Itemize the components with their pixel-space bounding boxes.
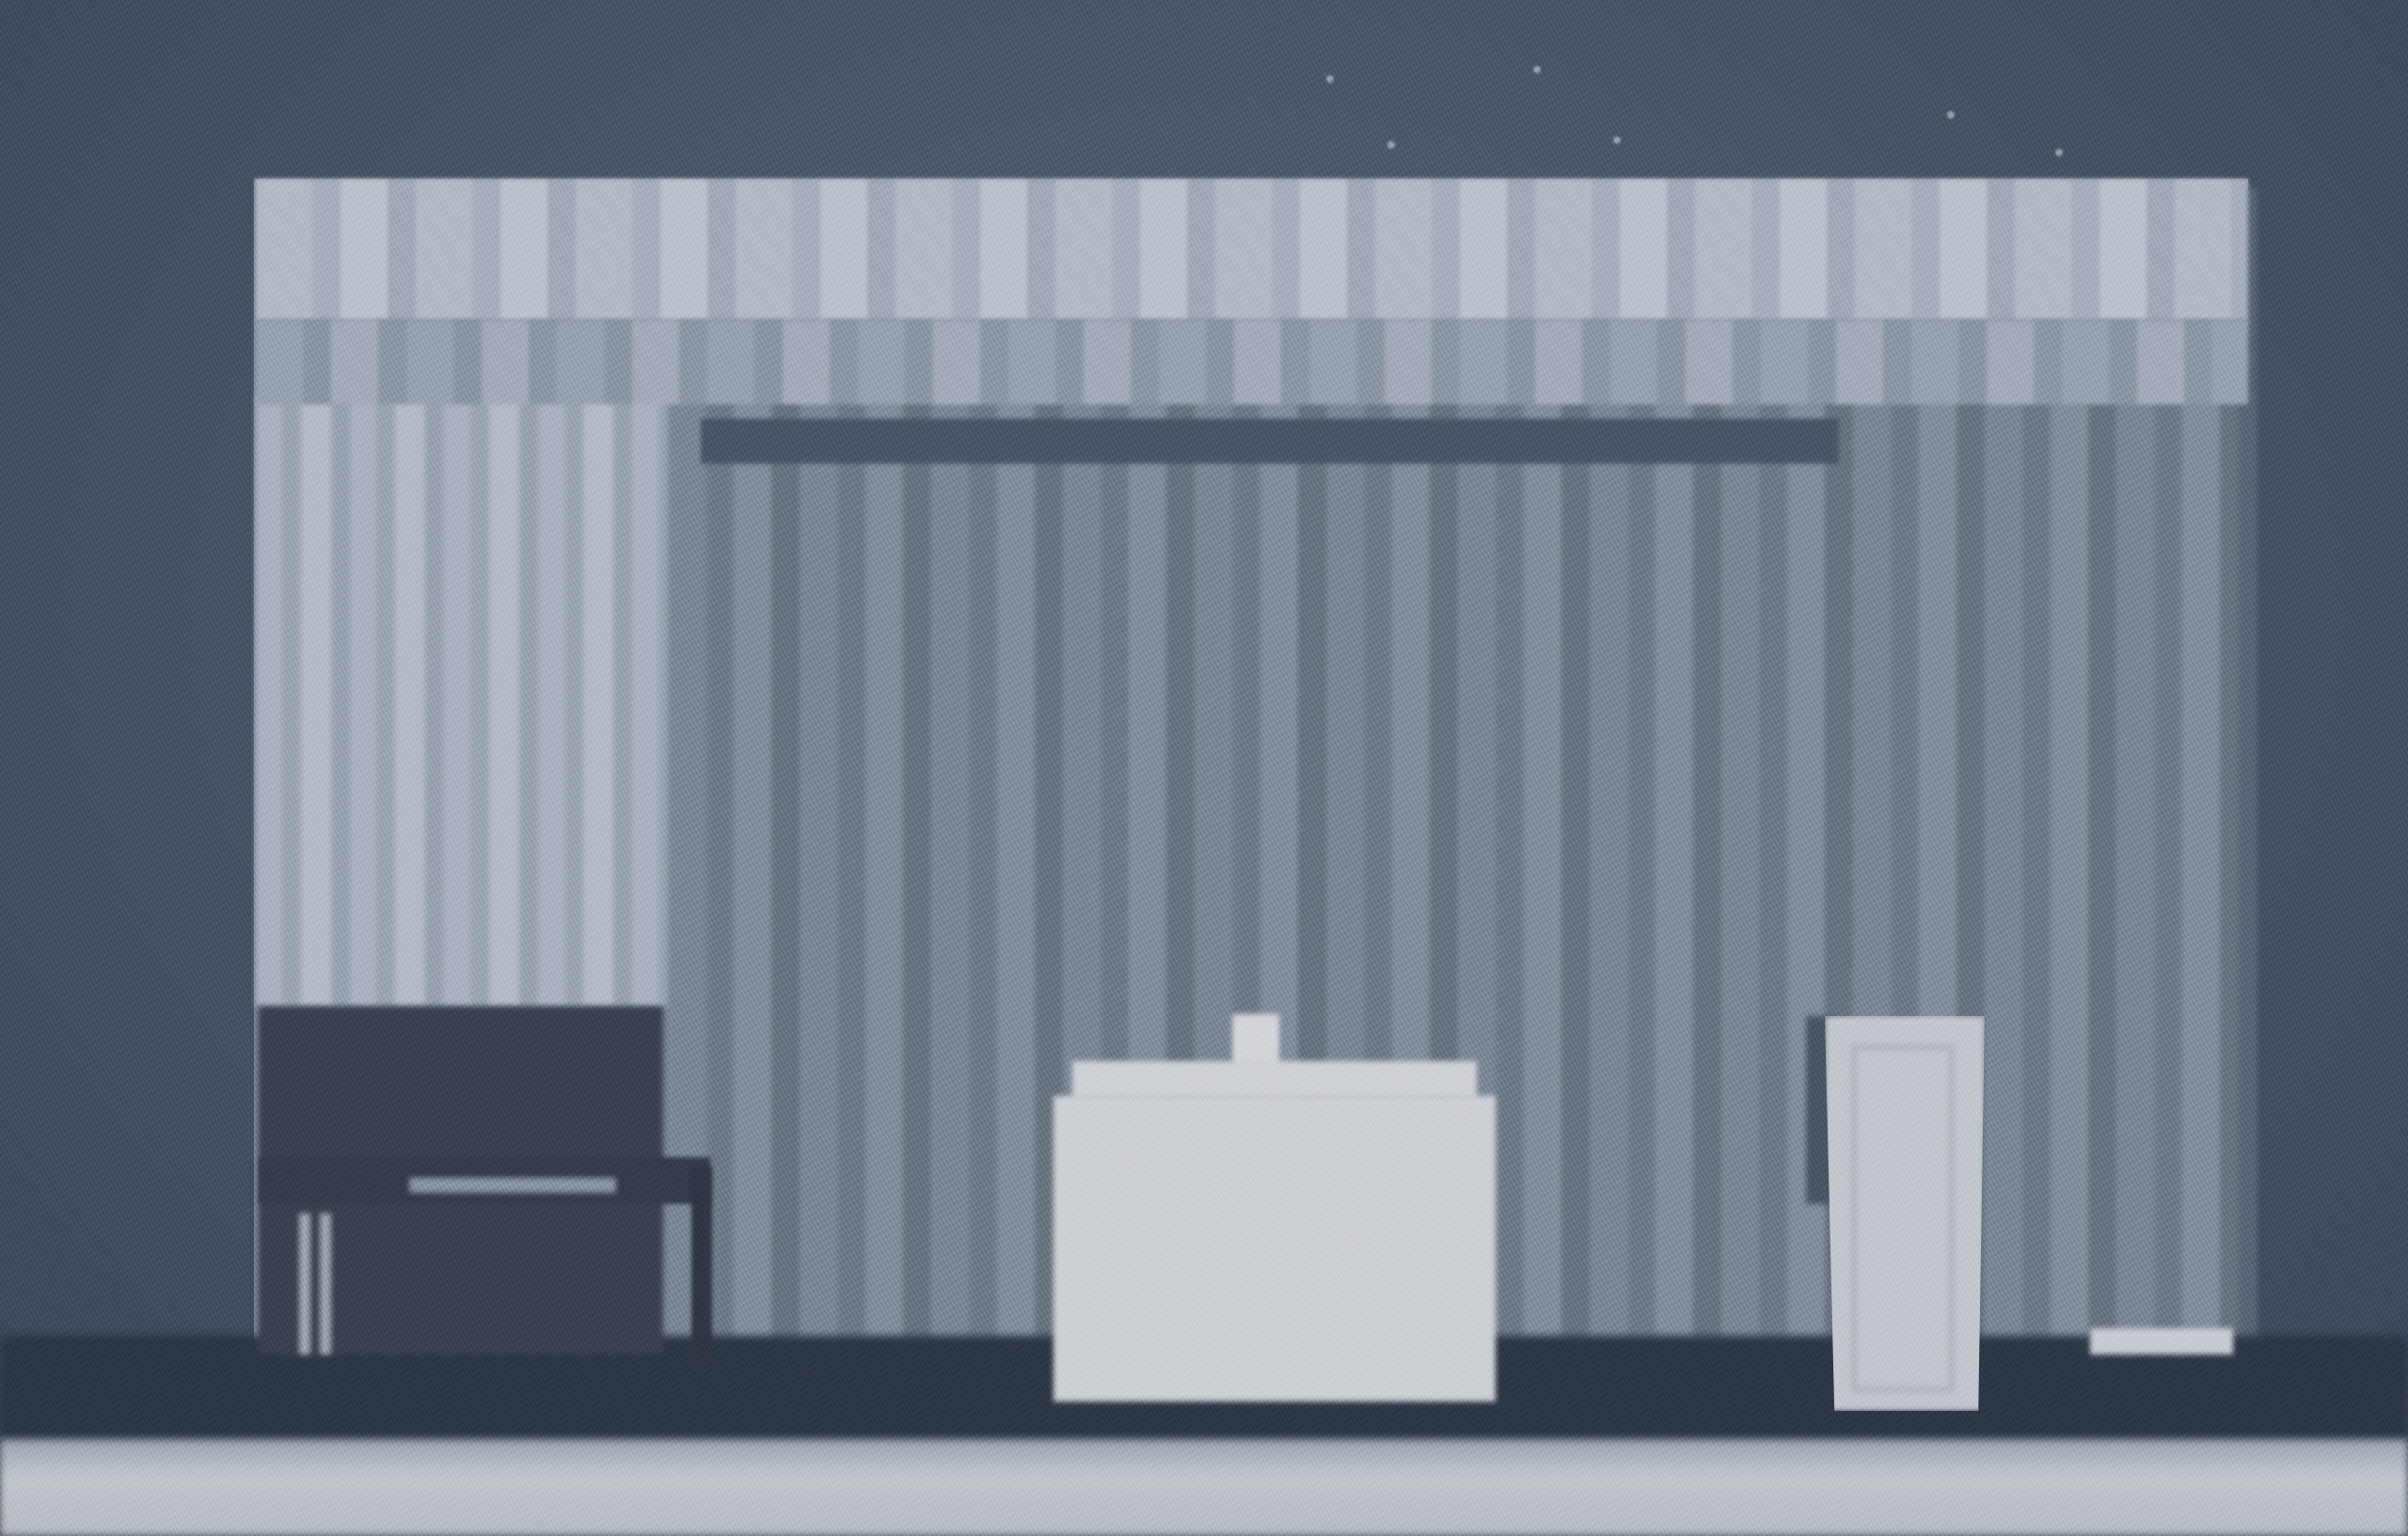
valance-lower-drape xyxy=(256,320,2248,404)
stool-leg xyxy=(320,1213,331,1354)
valance xyxy=(256,179,2248,325)
lectern-panel xyxy=(1851,1044,1955,1392)
piano-keys xyxy=(409,1178,616,1193)
batten-bar xyxy=(701,419,1839,464)
altar-top xyxy=(1072,1061,1477,1099)
floor-block xyxy=(2090,1328,2233,1354)
stage-apron xyxy=(0,1439,2408,1536)
piano-leg xyxy=(691,1166,712,1364)
stool-leg xyxy=(299,1213,310,1354)
stage-photograph xyxy=(0,0,2408,1536)
altar-body xyxy=(1053,1096,1496,1401)
altar-cap xyxy=(1232,1014,1279,1066)
side-curtain-left xyxy=(256,395,679,1006)
